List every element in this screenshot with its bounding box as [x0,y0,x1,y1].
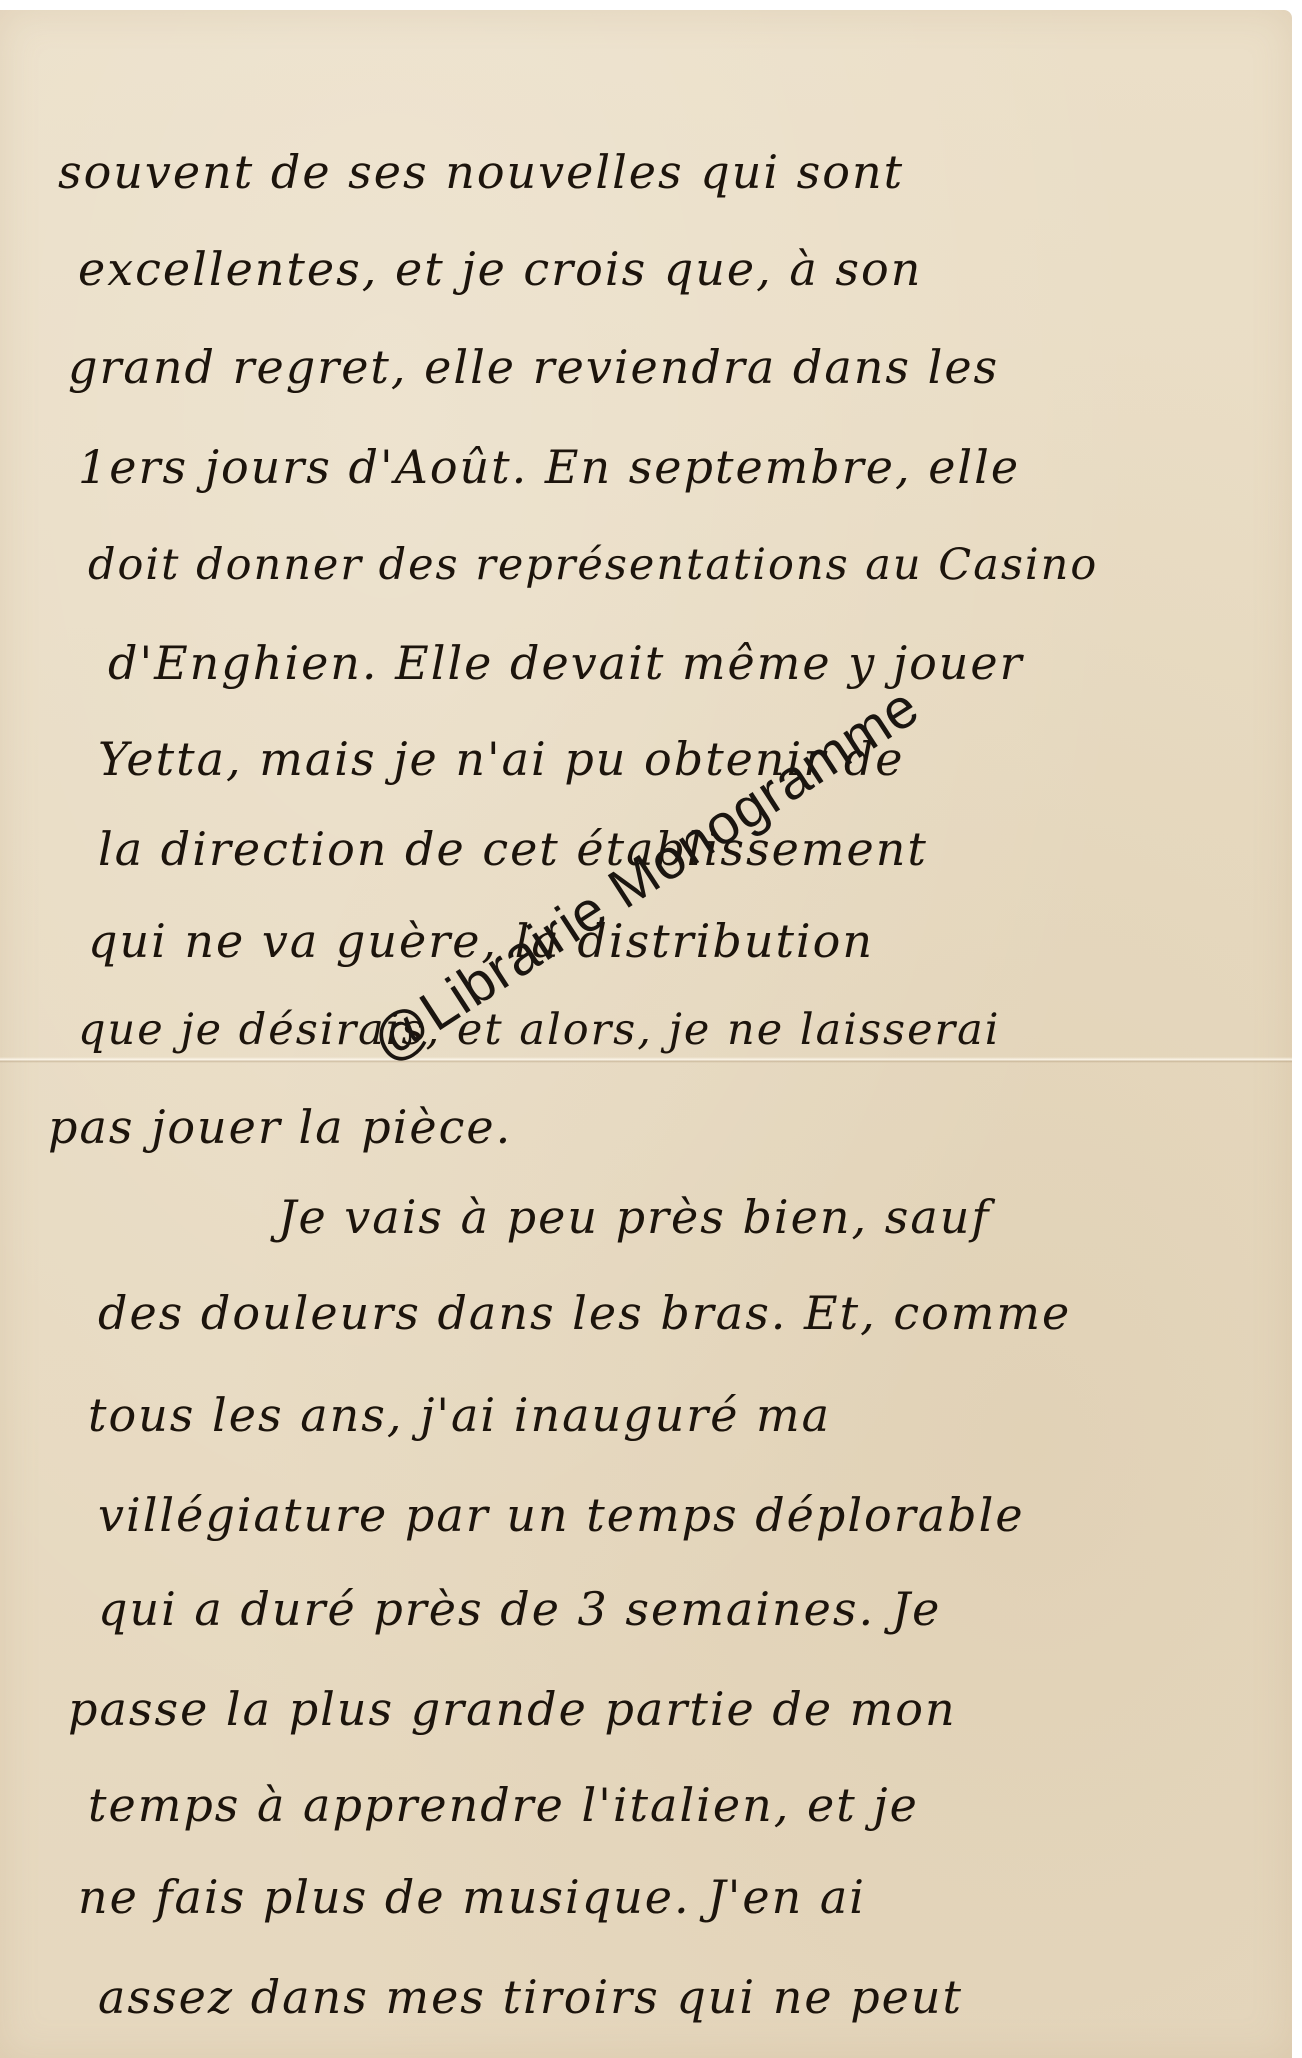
letter-line-15: villégiature par un temps déplorable [98,1488,1025,1542]
letter-line-19: ne fais plus de musique. J'en ai [78,1870,866,1924]
letter-line-1: souvent de ses nouvelles qui sont [58,145,904,199]
letter-line-4: 1ers jours d'Août. En septembre, elle [78,440,1020,494]
letter-line-14: tous les ans, j'ai inauguré ma [88,1388,831,1442]
letter-line-18: temps à apprendre l'italien, et je [88,1778,919,1832]
paper-fold-crease [0,1057,1292,1063]
letter-line-20: assez dans mes tiroirs qui ne peut [98,1970,963,2024]
letter-line-12: Je vais à peu près bien, sauf [278,1190,990,1244]
letter-line-16: qui a duré près de 3 semaines. Je [98,1582,941,1636]
letter-line-3: grand regret, elle reviendra dans les [68,340,999,394]
letter-line-5: doit donner des représentations au Casin… [88,540,1098,590]
letter-page: souvent de ses nouvelles qui sont excell… [0,10,1292,2058]
letter-line-17: passe la plus grande partie de mon [68,1682,957,1736]
letter-line-13: des douleurs dans les bras. Et, comme [98,1286,1071,1340]
letter-line-11: pas jouer la pièce. [48,1100,512,1154]
letter-line-2: excellentes, et je crois que, à son [78,242,922,296]
letter-line-8: la direction de cet établissement [98,822,928,876]
letter-line-10: que je désirais, et alors, je ne laisser… [78,1005,1000,1055]
